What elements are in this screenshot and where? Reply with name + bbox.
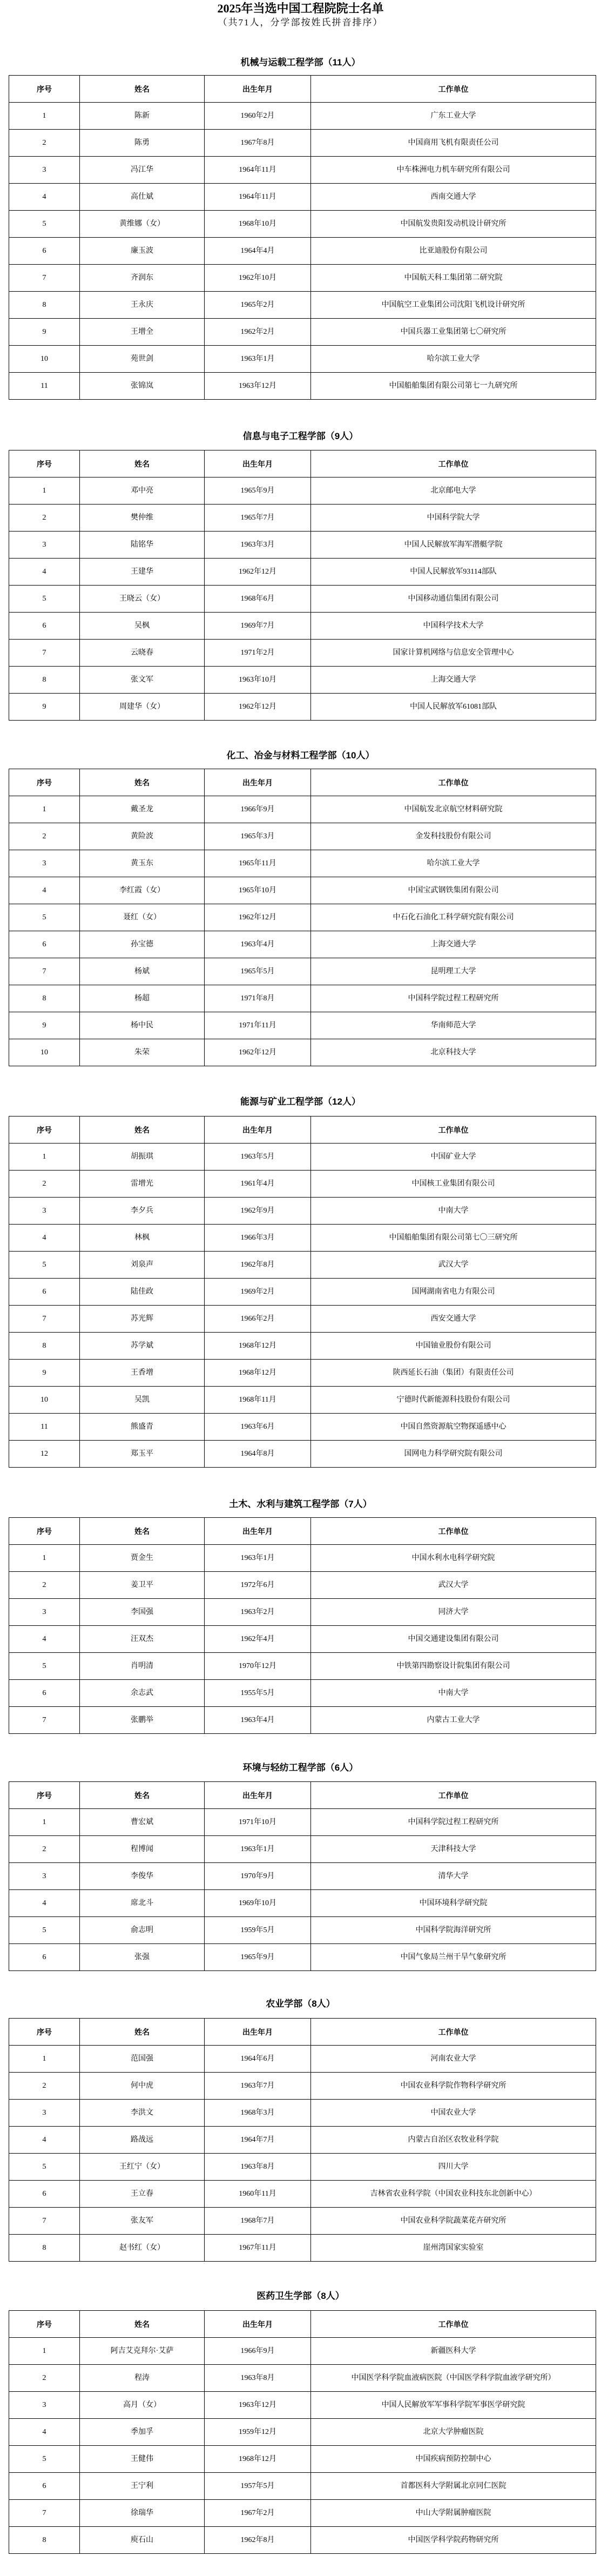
table-row: 10吴凯1968年11月宁德时代新能源科技股份有限公司: [9, 1387, 596, 1414]
cell-birth: 1968年3月: [205, 2100, 311, 2127]
cell-work-unit: 中山大学附属肿瘤医院: [311, 2500, 596, 2527]
table-row: 5王晓云（女）1968年6月中国移动通信集团有限公司: [9, 586, 596, 613]
cell-index: 12: [9, 1441, 80, 1468]
cell-index: 2: [9, 823, 80, 850]
table-row: 8庾石山1962年8月中国医学科学院药物研究所: [9, 2527, 596, 2554]
cell-name: 刘泉声: [80, 1252, 205, 1279]
header-birth: 出生年月: [205, 1782, 311, 1809]
cell-name: 肖明清: [80, 1653, 205, 1680]
cell-name: 朱荣: [80, 1039, 205, 1066]
cell-birth: 1963年5月: [205, 1144, 311, 1171]
table-row: 1戴圣龙1966年9月中国航发北京航空材料研究院: [9, 796, 596, 823]
cell-work-unit: 中国航天科工集团第二研究院: [311, 265, 596, 292]
cell-birth: 1959年12月: [205, 2419, 311, 2446]
cell-work-unit: 天津科技大学: [311, 1836, 596, 1863]
cell-work-unit: 中国交通建设集团有限公司: [311, 1626, 596, 1653]
cell-name: 李夕兵: [80, 1198, 205, 1225]
table-row: 9周建华（女）1962年12月中国人民解放军61081部队: [9, 694, 596, 721]
table-row: 8赵书红（女）1967年11月崖州湾国家实验室: [9, 2235, 596, 2262]
cell-index: 2: [9, 505, 80, 532]
cell-work-unit: 中国宝武钢铁集团有限公司: [311, 877, 596, 904]
cell-name: 范国强: [80, 2046, 205, 2073]
cell-name: 樊仲维: [80, 505, 205, 532]
cell-work-unit: 中国航发北京航空材料研究院: [311, 796, 596, 823]
cell-name: 黄险波: [80, 823, 205, 850]
cell-birth: 1964年7月: [205, 2127, 311, 2154]
cell-birth: 1962年12月: [205, 694, 311, 721]
cell-index: 4: [9, 2127, 80, 2154]
cell-index: 7: [9, 1707, 80, 1734]
cell-name: 俞志明: [80, 1917, 205, 1944]
header-work-unit: 工作单位: [311, 76, 596, 103]
cell-work-unit: 国家计算机网络与信息安全管理中心: [311, 640, 596, 667]
roster-table: 序号 姓名 出生年月 工作单位 1陈新1960年2月广东工业大学2陈勇1967年…: [9, 75, 596, 400]
cell-name: 邓中亮: [80, 477, 205, 505]
header-work-unit: 工作单位: [311, 2019, 596, 2046]
cell-work-unit: 北京科技大学: [311, 1039, 596, 1066]
cell-name: 廉玉波: [80, 238, 205, 265]
table-row: 1阿吉艾克拜尔·艾萨1966年9月新疆医科大学: [9, 2338, 596, 2365]
cell-index: 1: [9, 2338, 80, 2365]
cell-work-unit: 清华大学: [311, 1863, 596, 1890]
cell-birth: 1962年12月: [205, 904, 311, 931]
cell-index: 10: [9, 1039, 80, 1066]
table-row: 7张友军1968年7月中国农业科学院蔬菜花卉研究所: [9, 2208, 596, 2235]
section-title: 化工、冶金与材料工程学部（10人）: [0, 750, 601, 762]
cell-index: 1: [9, 1809, 80, 1836]
cell-birth: 1962年8月: [205, 1252, 311, 1279]
cell-birth: 1965年5月: [205, 958, 311, 985]
header-index: 序号: [9, 2019, 80, 2046]
table-row: 1邓中亮1965年9月北京邮电大学: [9, 477, 596, 505]
section-title: 农业学部（8人）: [0, 1998, 601, 2010]
cell-name: 王宁利: [80, 2473, 205, 2500]
section-title: 机械与运载工程学部（11人）: [0, 57, 601, 69]
cell-name: 高月（女）: [80, 2392, 205, 2419]
section-title: 环境与轻纺工程学部（6人）: [0, 1762, 601, 1774]
cell-name: 陈新: [80, 103, 205, 130]
cell-birth: 1965年2月: [205, 292, 311, 319]
header-work-unit: 工作单位: [311, 450, 596, 477]
header-birth: 出生年月: [205, 769, 311, 796]
cell-index: 6: [9, 1944, 80, 1971]
header-work-unit: 工作单位: [311, 1117, 596, 1144]
header-index: 序号: [9, 76, 80, 103]
cell-work-unit: 武汉大学: [311, 1252, 596, 1279]
cell-name: 季加孚: [80, 2419, 205, 2446]
cell-birth: 1962年2月: [205, 319, 311, 346]
cell-birth: 1967年2月: [205, 2500, 311, 2527]
table-row: 4林枫1966年3月中国船舶集团有限公司第七〇三研究所: [9, 1225, 596, 1252]
cell-name: 吴枫: [80, 613, 205, 640]
table-row: 1范国强1964年6月河南农业大学: [9, 2046, 596, 2073]
table-row: 4季加孚1959年12月北京大学肿瘤医院: [9, 2419, 596, 2446]
cell-birth: 1963年12月: [205, 2392, 311, 2419]
cell-work-unit: 中南大学: [311, 1198, 596, 1225]
table-row: 5刘泉声1962年8月武汉大学: [9, 1252, 596, 1279]
cell-name: 陆铭华: [80, 532, 205, 559]
cell-birth: 1963年10月: [205, 667, 311, 694]
cell-birth: 1968年11月: [205, 1387, 311, 1414]
cell-name: 胡振琪: [80, 1144, 205, 1171]
cell-index: 3: [9, 1198, 80, 1225]
cell-name: 李俊华: [80, 1863, 205, 1890]
cell-birth: 1962年4月: [205, 1626, 311, 1653]
cell-index: 6: [9, 2181, 80, 2208]
cell-name: 李国强: [80, 1599, 205, 1626]
cell-birth: 1965年7月: [205, 505, 311, 532]
section-title: 土木、水利与建筑工程学部（7人）: [0, 1498, 601, 1510]
cell-index: 3: [9, 2392, 80, 2419]
cell-name: 周建华（女）: [80, 694, 205, 721]
cell-work-unit: 中国科学技术大学: [311, 613, 596, 640]
cell-index: 3: [9, 532, 80, 559]
table-row: 8张文军1963年10月上海交通大学: [9, 667, 596, 694]
table-row: 11熊盛青1963年6月中国自然资源航空物探遥感中心: [9, 1414, 596, 1441]
cell-work-unit: 上海交通大学: [311, 931, 596, 958]
cell-birth: 1971年10月: [205, 1809, 311, 1836]
cell-work-unit: 四川大学: [311, 2154, 596, 2181]
table-header-row: 序号 姓名 出生年月 工作单位: [9, 1117, 596, 1144]
cell-index: 2: [9, 2365, 80, 2392]
cell-birth: 1969年7月: [205, 613, 311, 640]
table-row: 1陈新1960年2月广东工业大学: [9, 103, 596, 130]
cell-name: 郑玉平: [80, 1441, 205, 1468]
cell-index: 7: [9, 640, 80, 667]
cell-name: 张文军: [80, 667, 205, 694]
cell-work-unit: 首都医科大学附属北京同仁医院: [311, 2473, 596, 2500]
cell-work-unit: 崖州湾国家实验室: [311, 2235, 596, 2262]
cell-name: 李洪文: [80, 2100, 205, 2127]
cell-birth: 1962年12月: [205, 1039, 311, 1066]
header-name: 姓名: [80, 1518, 205, 1545]
table-row: 6陆佳政1969年2月国网湖南省电力有限公司: [9, 1279, 596, 1306]
cell-work-unit: 中国水利水电科学研究院: [311, 1545, 596, 1572]
cell-birth: 1965年9月: [205, 1944, 311, 1971]
roster-table: 序号 姓名 出生年月 工作单位 1胡振琪1963年5月中国矿业大学2雷增光196…: [9, 1116, 596, 1468]
cell-work-unit: 中国矿业大学: [311, 1144, 596, 1171]
table-header-row: 序号 姓名 出生年月 工作单位: [9, 2019, 596, 2046]
cell-index: 5: [9, 1917, 80, 1944]
cell-name: 庾石山: [80, 2527, 205, 2554]
table-row: 3高月（女）1963年12月中国人民解放军军事科学院军事医学研究院: [9, 2392, 596, 2419]
cell-work-unit: 哈尔滨工业大学: [311, 850, 596, 877]
cell-index: 8: [9, 2235, 80, 2262]
cell-name: 曹宏斌: [80, 1809, 205, 1836]
cell-index: 4: [9, 1626, 80, 1653]
table-row: 9杨中民1971年11月华南师范大学: [9, 1012, 596, 1039]
cell-birth: 1963年4月: [205, 1707, 311, 1734]
cell-work-unit: 北京大学肿瘤医院: [311, 2419, 596, 2446]
section-title: 能源与矿业工程学部（12人）: [0, 1096, 601, 1108]
cell-name: 高仕斌: [80, 184, 205, 211]
table-row: 2雷增光1961年4月中国核工业集团有限公司: [9, 1171, 596, 1198]
cell-name: 苏光辉: [80, 1306, 205, 1333]
cell-name: 杨超: [80, 985, 205, 1012]
cell-name: 林枫: [80, 1225, 205, 1252]
cell-birth: 1964年4月: [205, 238, 311, 265]
roster-table: 序号 姓名 出生年月 工作单位 1曹宏斌1971年10月中国科学院过程工程研究所…: [9, 1781, 596, 1971]
cell-work-unit: 国网电力科学研究院有限公司: [311, 1441, 596, 1468]
cell-work-unit: 同济大学: [311, 1599, 596, 1626]
cell-index: 2: [9, 1171, 80, 1198]
cell-name: 张鹏举: [80, 1707, 205, 1734]
cell-birth: 1959年5月: [205, 1917, 311, 1944]
cell-name: 张友军: [80, 2208, 205, 2235]
cell-work-unit: 国网湖南省电力有限公司: [311, 1279, 596, 1306]
header-index: 序号: [9, 1117, 80, 1144]
table-header-row: 序号 姓名 出生年月 工作单位: [9, 769, 596, 796]
cell-name: 王红宁（女）: [80, 2154, 205, 2181]
cell-birth: 1963年2月: [205, 1599, 311, 1626]
cell-index: 7: [9, 2500, 80, 2527]
cell-birth: 1972年6月: [205, 1572, 311, 1599]
cell-name: 陈勇: [80, 130, 205, 157]
cell-index: 7: [9, 958, 80, 985]
cell-birth: 1963年12月: [205, 373, 311, 400]
section-title: 信息与电子工程学部（9人）: [0, 431, 601, 442]
header-index: 序号: [9, 1782, 80, 1809]
cell-work-unit: 中国科学院大学: [311, 505, 596, 532]
cell-work-unit: 中国人民解放军军事科学院军事医学研究院: [311, 2392, 596, 2419]
cell-work-unit: 中国航发贵阳发动机设计研究所: [311, 211, 596, 238]
table-row: 6吴枫1969年7月中国科学技术大学: [9, 613, 596, 640]
cell-work-unit: 中国兵器工业集团第七〇研究所: [311, 319, 596, 346]
cell-work-unit: 中国船舶集团有限公司第七一九研究所: [311, 373, 596, 400]
cell-index: 8: [9, 2527, 80, 2554]
table-row: 6王宁利1957年5月首都医科大学附属北京同仁医院: [9, 2473, 596, 2500]
roster-table: 序号 姓名 出生年月 工作单位 1贾金生1963年1月中国水利水电科学研究院2姜…: [9, 1517, 596, 1734]
cell-index: 9: [9, 1012, 80, 1039]
header-work-unit: 工作单位: [311, 1782, 596, 1809]
table-row: 7张鹏举1963年4月内蒙古工业大学: [9, 1707, 596, 1734]
table-header-row: 序号 姓名 出生年月 工作单位: [9, 76, 596, 103]
table-row: 1胡振琪1963年5月中国矿业大学: [9, 1144, 596, 1171]
header-index: 序号: [9, 2311, 80, 2338]
roster-table: 序号 姓名 出生年月 工作单位 1阿吉艾克拜尔·艾萨1966年9月新疆医科大学2…: [9, 2310, 596, 2554]
cell-index: 4: [9, 184, 80, 211]
cell-birth: 1964年11月: [205, 184, 311, 211]
roster-table: 序号 姓名 出生年月 工作单位 1戴圣龙1966年9月中国航发北京航空材料研究院…: [9, 769, 596, 1066]
section-title: 医药卫生学部（8人）: [0, 2290, 601, 2302]
header-birth: 出生年月: [205, 2019, 311, 2046]
cell-index: 11: [9, 373, 80, 400]
table-row: 3黄玉东1965年11月哈尔滨工业大学: [9, 850, 596, 877]
cell-name: 雷增光: [80, 1171, 205, 1198]
cell-index: 7: [9, 265, 80, 292]
cell-birth: 1967年11月: [205, 2235, 311, 2262]
cell-index: 5: [9, 1653, 80, 1680]
header-birth: 出生年月: [205, 2311, 311, 2338]
table-row: 7齐润东1962年10月中国航天科工集团第二研究院: [9, 265, 596, 292]
table-row: 11张锦岚1963年12月中国船舶集团有限公司第七一九研究所: [9, 373, 596, 400]
table-row: 1曹宏斌1971年10月中国科学院过程工程研究所: [9, 1809, 596, 1836]
table-row: 2程涛1963年8月中国医学科学院血液病医院（中国医学科学院血液学研究所）: [9, 2365, 596, 2392]
cell-index: 8: [9, 1333, 80, 1360]
cell-index: 3: [9, 157, 80, 184]
cell-name: 王建华: [80, 559, 205, 586]
cell-work-unit: 中国环境科学研究院: [311, 1890, 596, 1917]
cell-index: 4: [9, 559, 80, 586]
cell-index: 1: [9, 1144, 80, 1171]
cell-work-unit: 中国自然资源航空物探遥感中心: [311, 1414, 596, 1441]
cell-name: 王增全: [80, 319, 205, 346]
cell-work-unit: 中石化石油化工科学研究院有限公司: [311, 904, 596, 931]
cell-name: 张锦岚: [80, 373, 205, 400]
cell-work-unit: 上海交通大学: [311, 667, 596, 694]
roster-table: 序号 姓名 出生年月 工作单位 1邓中亮1965年9月北京邮电大学2樊仲维196…: [9, 450, 596, 721]
cell-work-unit: 中国铀业股份有限公司: [311, 1333, 596, 1360]
table-row: 9王香增1968年12月陕西延长石油（集团）有限责任公司: [9, 1360, 596, 1387]
cell-work-unit: 河南农业大学: [311, 2046, 596, 2073]
cell-work-unit: 中国农业科学院作物科学研究所: [311, 2073, 596, 2100]
cell-work-unit: 中铁第四勘察设计院集团有限公司: [311, 1653, 596, 1680]
table-row: 3李洪文1968年3月中国农业大学: [9, 2100, 596, 2127]
cell-name: 戴圣龙: [80, 796, 205, 823]
table-row: 6余志武1955年5月中南大学: [9, 1680, 596, 1707]
cell-work-unit: 武汉大学: [311, 1572, 596, 1599]
table-row: 10朱荣1962年12月北京科技大学: [9, 1039, 596, 1066]
cell-index: 1: [9, 477, 80, 505]
table-row: 6张强1965年9月中国气象局兰州干旱气象研究所: [9, 1944, 596, 1971]
cell-birth: 1965年10月: [205, 877, 311, 904]
header-name: 姓名: [80, 450, 205, 477]
header-name: 姓名: [80, 2019, 205, 2046]
cell-birth: 1968年12月: [205, 2446, 311, 2473]
table-header-row: 序号 姓名 出生年月 工作单位: [9, 1782, 596, 1809]
cell-birth: 1968年12月: [205, 1333, 311, 1360]
cell-name: 王香增: [80, 1360, 205, 1387]
table-row: 4席北斗1969年10月中国环境科学研究院: [9, 1890, 596, 1917]
cell-index: 1: [9, 796, 80, 823]
cell-name: 席北斗: [80, 1890, 205, 1917]
cell-work-unit: 中南大学: [311, 1680, 596, 1707]
cell-index: 6: [9, 1279, 80, 1306]
cell-birth: 1962年9月: [205, 1198, 311, 1225]
cell-name: 程涛: [80, 2365, 205, 2392]
cell-work-unit: 中国移动通信集团有限公司: [311, 586, 596, 613]
cell-index: 1: [9, 1545, 80, 1572]
cell-name: 姜卫平: [80, 1572, 205, 1599]
cell-birth: 1971年8月: [205, 985, 311, 1012]
table-row: 5黄维娜（女）1968年10月中国航发贵阳发动机设计研究所: [9, 211, 596, 238]
cell-index: 4: [9, 1890, 80, 1917]
cell-index: 8: [9, 667, 80, 694]
header-index: 序号: [9, 1518, 80, 1545]
cell-birth: 1971年2月: [205, 640, 311, 667]
table-row: 3陆铭华1963年3月中国人民解放军海军潜艇学院: [9, 532, 596, 559]
header-index: 序号: [9, 450, 80, 477]
cell-birth: 1957年5月: [205, 2473, 311, 2500]
cell-name: 赵书红（女）: [80, 2235, 205, 2262]
cell-birth: 1955年5月: [205, 1680, 311, 1707]
cell-birth: 1968年12月: [205, 1360, 311, 1387]
table-row: 5肖明清1970年12月中铁第四勘察设计院集团有限公司: [9, 1653, 596, 1680]
cell-birth: 1963年8月: [205, 2154, 311, 2181]
table-row: 3冯江华1964年11月中车株洲电力机车研究所有限公司: [9, 157, 596, 184]
cell-work-unit: 中国气象局兰州干旱气象研究所: [311, 1944, 596, 1971]
cell-index: 6: [9, 613, 80, 640]
cell-work-unit: 中国疾病预防控制中心: [311, 2446, 596, 2473]
cell-index: 10: [9, 1387, 80, 1414]
cell-index: 2: [9, 1836, 80, 1863]
roster-table: 序号 姓名 出生年月 工作单位 1范国强1964年6月河南农业大学2何中虎196…: [9, 2018, 596, 2262]
cell-work-unit: 内蒙古工业大学: [311, 1707, 596, 1734]
cell-birth: 1962年12月: [205, 559, 311, 586]
cell-index: 8: [9, 292, 80, 319]
cell-index: 8: [9, 985, 80, 1012]
cell-index: 1: [9, 2046, 80, 2073]
cell-index: 6: [9, 1680, 80, 1707]
table-row: 1贾金生1963年1月中国水利水电科学研究院: [9, 1545, 596, 1572]
cell-index: 9: [9, 319, 80, 346]
header-birth: 出生年月: [205, 450, 311, 477]
table-row: 7徐瑞华1967年2月中山大学附属肿瘤医院: [9, 2500, 596, 2527]
cell-work-unit: 中国医学科学院药物研究所: [311, 2527, 596, 2554]
cell-birth: 1963年4月: [205, 931, 311, 958]
header-name: 姓名: [80, 1782, 205, 1809]
cell-work-unit: 中国核工业集团有限公司: [311, 1171, 596, 1198]
table-row: 5俞志明1959年5月中国科学院海洋研究所: [9, 1917, 596, 1944]
cell-birth: 1969年10月: [205, 1890, 311, 1917]
cell-birth: 1963年6月: [205, 1414, 311, 1441]
table-row: 2黄险波1965年3月金发科技股份有限公司: [9, 823, 596, 850]
cell-name: 李红霞（女）: [80, 877, 205, 904]
cell-index: 2: [9, 130, 80, 157]
cell-birth: 1963年1月: [205, 1545, 311, 1572]
cell-name: 王健伟: [80, 2446, 205, 2473]
cell-birth: 1963年1月: [205, 1836, 311, 1863]
cell-birth: 1964年8月: [205, 1441, 311, 1468]
cell-name: 杨中民: [80, 1012, 205, 1039]
document-subtitle: （共71人，分学部按姓氏拼音排序）: [0, 17, 601, 29]
cell-work-unit: 陕西延长石油（集团）有限责任公司: [311, 1360, 596, 1387]
cell-birth: 1965年11月: [205, 850, 311, 877]
cell-name: 何中虎: [80, 2073, 205, 2100]
table-row: 6孙宝德1963年4月上海交通大学: [9, 931, 596, 958]
table-row: 3李国强1963年2月同济大学: [9, 1599, 596, 1626]
cell-name: 齐润东: [80, 265, 205, 292]
cell-birth: 1967年8月: [205, 130, 311, 157]
cell-index: 5: [9, 586, 80, 613]
cell-work-unit: 中国科学院过程工程研究所: [311, 985, 596, 1012]
cell-work-unit: 西南交通大学: [311, 184, 596, 211]
cell-birth: 1964年11月: [205, 157, 311, 184]
cell-birth: 1964年6月: [205, 2046, 311, 2073]
table-row: 10苑世剑1963年1月哈尔滨工业大学: [9, 346, 596, 373]
cell-birth: 1962年10月: [205, 265, 311, 292]
cell-index: 5: [9, 2154, 80, 2181]
cell-name: 熊盛青: [80, 1414, 205, 1441]
cell-work-unit: 中国科学院过程工程研究所: [311, 1809, 596, 1836]
cell-index: 5: [9, 1252, 80, 1279]
table-row: 2樊仲维1965年7月中国科学院大学: [9, 505, 596, 532]
table-row: 6廉玉波1964年4月比亚迪股份有限公司: [9, 238, 596, 265]
table-row: 4路战远1964年7月内蒙古自治区农牧业科学院: [9, 2127, 596, 2154]
table-row: 4汪双杰1962年4月中国交通建设集团有限公司: [9, 1626, 596, 1653]
cell-birth: 1963年7月: [205, 2073, 311, 2100]
cell-birth: 1962年8月: [205, 2527, 311, 2554]
cell-name: 云晓春: [80, 640, 205, 667]
cell-birth: 1970年12月: [205, 1653, 311, 1680]
cell-name: 杨斌: [80, 958, 205, 985]
cell-name: 王永庆: [80, 292, 205, 319]
cell-index: 6: [9, 2473, 80, 2500]
table-row: 4李红霞（女）1965年10月中国宝武钢铁集团有限公司: [9, 877, 596, 904]
table-row: 4高仕斌1964年11月西南交通大学: [9, 184, 596, 211]
table-row: 3李夕兵1962年9月中南大学: [9, 1198, 596, 1225]
cell-birth: 1968年10月: [205, 211, 311, 238]
